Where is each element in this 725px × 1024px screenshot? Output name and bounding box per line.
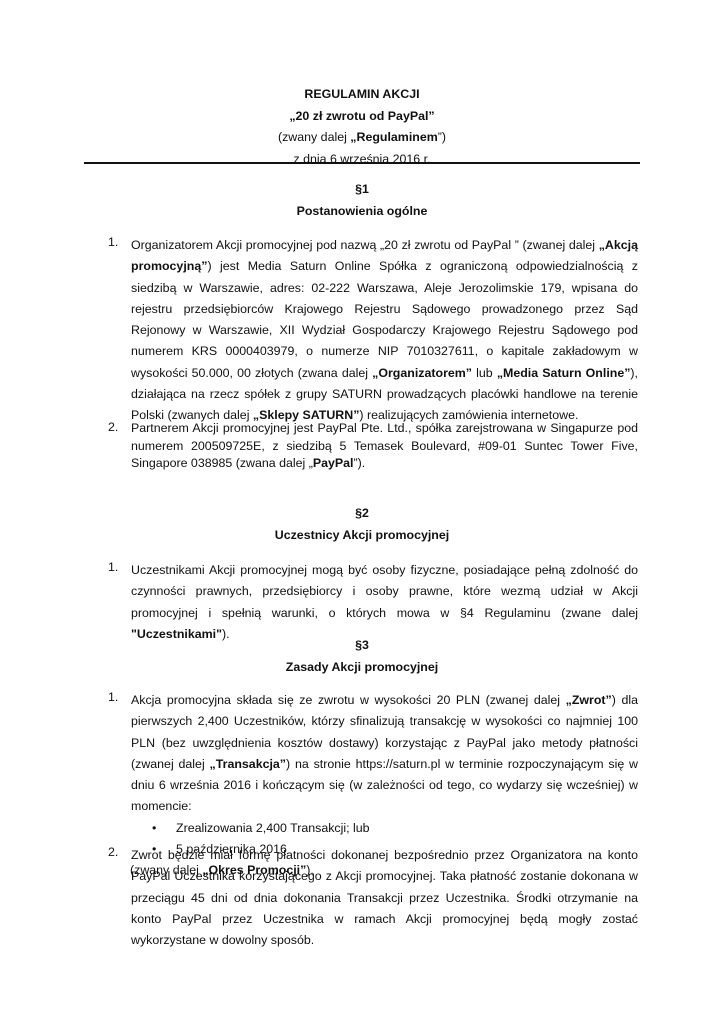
item-number: 2. bbox=[108, 845, 118, 859]
item-number: 1. bbox=[108, 235, 118, 249]
section-2-item-1: 1. Uczestnikami Akcji promocyjnej mogą b… bbox=[108, 560, 638, 645]
document-header: REGULAMIN AKCJI „20 zł zwrotu od PayPal”… bbox=[84, 84, 640, 170]
item-number: 1. bbox=[108, 560, 118, 574]
document-title: REGULAMIN AKCJI bbox=[84, 84, 640, 106]
bullet-item: •Zrealizowania 2,400 Transakcji; lub bbox=[131, 818, 638, 839]
header-divider bbox=[84, 162, 640, 164]
section-1-item-2: 2. Partnerem Akcji promocyjnej jest PayP… bbox=[108, 420, 638, 473]
item-text: Partnerem Akcji promocyjnej jest PayPal … bbox=[131, 420, 638, 473]
section-title: Zasady Akcji promocyjnej bbox=[84, 656, 640, 678]
section-2-heading: §2 Uczestnicy Akcji promocyjnej bbox=[84, 502, 640, 546]
section-title: Uczestnicy Akcji promocyjnej bbox=[84, 524, 640, 546]
section-3-item-2: 2. Zwrot będzie miał formę płatności dok… bbox=[108, 845, 638, 951]
section-3-heading: §3 Zasady Akcji promocyjnej bbox=[84, 634, 640, 678]
document-page: REGULAMIN AKCJI „20 zł zwrotu od PayPal”… bbox=[0, 0, 725, 1024]
section-number: §3 bbox=[84, 634, 640, 656]
item-text: Zwrot będzie miał formę płatności dokona… bbox=[131, 845, 638, 951]
section-number: §1 bbox=[84, 178, 640, 200]
document-date: z dnia 6 września 2016 r. bbox=[84, 149, 640, 171]
bullet-icon: • bbox=[152, 818, 156, 839]
section-1-item-1: 1. Organizatorem Akcji promocyjnej pod n… bbox=[108, 235, 638, 427]
promotion-name: „20 zł zwrotu od PayPal” bbox=[84, 106, 640, 128]
section-number: §2 bbox=[84, 502, 640, 524]
section-title: Postanowienia ogólne bbox=[84, 200, 640, 222]
item-number: 2. bbox=[108, 420, 118, 434]
item-text: Uczestnikami Akcji promocyjnej mogą być … bbox=[131, 560, 638, 645]
item-number: 1. bbox=[108, 690, 118, 704]
section-1-heading: §1 Postanowienia ogólne bbox=[84, 178, 640, 222]
item-text: Organizatorem Akcji promocyjnej pod nazw… bbox=[131, 235, 638, 427]
regulation-alias: (zwany dalej „Regulaminem”) bbox=[84, 127, 640, 149]
